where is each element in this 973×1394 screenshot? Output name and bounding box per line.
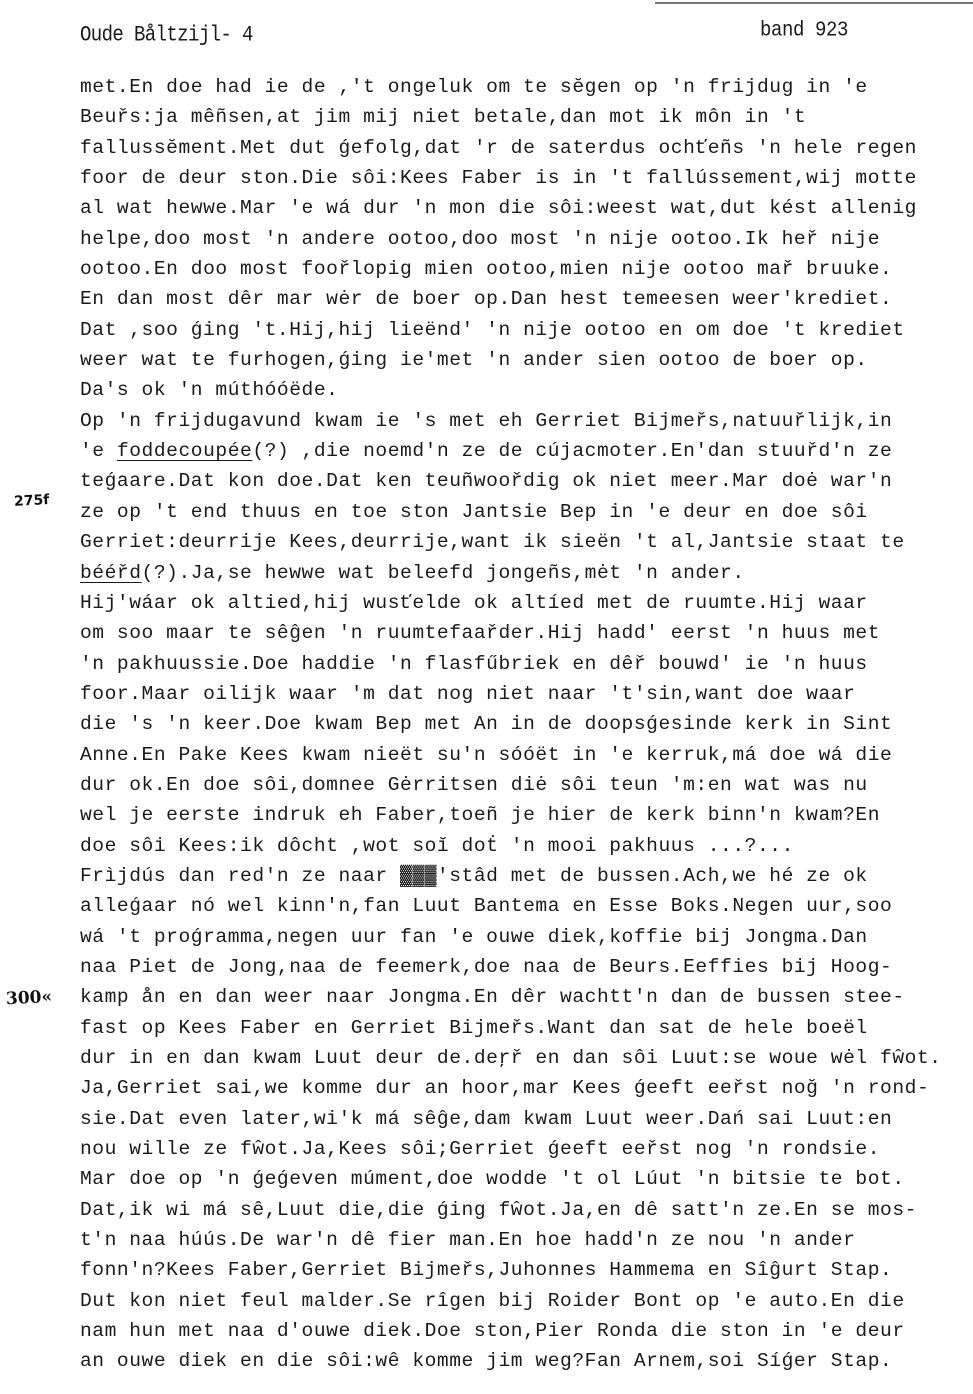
text-line: Mar doe op 'n ǵeǵeven múment,doe wodde '… [80,1164,960,1194]
text-line: t'n naa húús.De war'n dê fier man.En hoe… [80,1225,960,1255]
underlined-uncertain-word: foddecoupée [117,440,252,462]
text-line: Anne.En Pake Kees kwam nieët su'n sóóët … [80,740,960,770]
underlined-uncertain-word: bééřd [80,562,142,584]
text-line: wá 't proǵramma,negen uur fan 'e ouwe di… [80,922,960,952]
text-line: teǵaare.Dat kon doe.Dat ken teuñwoořdig … [80,466,960,496]
text-line: dur ok.En doe sôi,domnee Gėrritsen diė s… [80,770,960,800]
text-line: En dan most dêr mar wėr de boer op.Dan h… [80,284,960,314]
text-line: dur in en dan kwam Luut deur de.deŗř en … [80,1043,960,1073]
text-line: an ouwe diek en die sôi:wê komme jim weg… [80,1346,960,1376]
text-line: naa Piet de Jong,naa de feemerk,doe naa … [80,952,960,982]
page-header-title: Oude Båltzijl- 4 [80,22,253,47]
scan-artifact [655,2,973,4]
band-number: band 923 [760,18,848,42]
text-line: helpe,doo most 'n andere ootoo,doo most … [80,224,960,254]
text-line: die 's 'n keer.Doe kwam Bep met An in de… [80,709,960,739]
text-line: Gerriet:deurrije Kees,deurrije,want ik s… [80,527,960,557]
text-line: om soo maar te sêĝen 'n ruumtefaařder.Hi… [80,618,960,648]
text-line: Ja,Gerriet sai,we komme dur an hoor,mar … [80,1073,960,1103]
text-line: kamp ån en dan weer naar Jongma.En dêr w… [80,982,960,1012]
typed-transcript-page: Oude Båltzijl- 4 band 923 met.En doe had… [0,0,973,1394]
text-line: ootoo.En doo most foořlopig mien ootoo,m… [80,254,960,284]
text-line: Dat ,soo ǵing 't.Hij,hij lieënd' 'n nije… [80,315,960,345]
text-line: nam hun met naa d'ouwe diek.Doe ston,Pie… [80,1316,960,1346]
text-line: Beuřs:ja mêñsen,at jim mij niet betale,d… [80,102,960,132]
text-line: nou wille ze fŵot.Ja,Kees sôi;Gerriet ǵe… [80,1134,960,1164]
text-line: fonn'n?Kees Faber,Gerriet Bijmeřs,Juhonn… [80,1255,960,1285]
text-line: 'e foddecoupée(?) ,die noemd'n ze de cúj… [80,436,960,466]
transcript-body: met.En doe had ie de ,'t ongeluk om te s… [80,72,960,1377]
text-line: wel je eerste indruk eh Faber,toeñ je hi… [80,800,960,830]
text-line: met.En doe had ie de ,'t ongeluk om te s… [80,72,960,102]
text-line: alleǵaar nó wel kinn'n,fan Luut Bantema … [80,891,960,921]
text-line: weer wat te furhogen,ǵing ie'met 'n ande… [80,345,960,375]
text-line: foor.Maar oilijk waar 'm dat nog niet na… [80,679,960,709]
text-line: 'n pakhuussie.Doe haddie 'n flasfűbriek … [80,649,960,679]
text-line: Frìjdús dan red'n ze naar ▓▓▓'stâd met d… [80,861,960,891]
text-line: Hij'wáar ok altied,hij wusťelde ok altíe… [80,588,960,618]
text-line: ze op 't end thuus en toe ston Jantsie B… [80,497,960,527]
text-line: foor de deur ston.Die sôi:Kees Faber is … [80,163,960,193]
text-line: doe sôi Kees:ik dôcht ,wot soĭ doṫ 'n mo… [80,831,960,861]
text-line: fallussĕment.Met dut ǵefolg,dat 'r de sa… [80,133,960,163]
text-line: Dat,ik wi má sê,Luut die,die ǵing fŵot.J… [80,1195,960,1225]
text-line: Op 'n frijdugavund kwam ie 's met eh Ger… [80,406,960,436]
text-line: bééřd(?).Ja,se hewwe wat beleefd jongeñs… [80,558,960,588]
margin-note-counter: 275f [14,492,50,510]
text-line: fast op Kees Faber en Gerriet Bijmeřs.Wa… [80,1013,960,1043]
text-line: Da's ok 'n múthóóëde. [80,375,960,405]
text-line: Dut kon niet feul malder.Se rîgen bij Ro… [80,1286,960,1316]
text-line: al wat hewwe.Mar 'e wá dur 'n mon die sô… [80,193,960,223]
text-line: sie.Dat even later,wi'k má sêĝe,dam kwam… [80,1104,960,1134]
margin-note-counter: 300« [6,987,53,1009]
